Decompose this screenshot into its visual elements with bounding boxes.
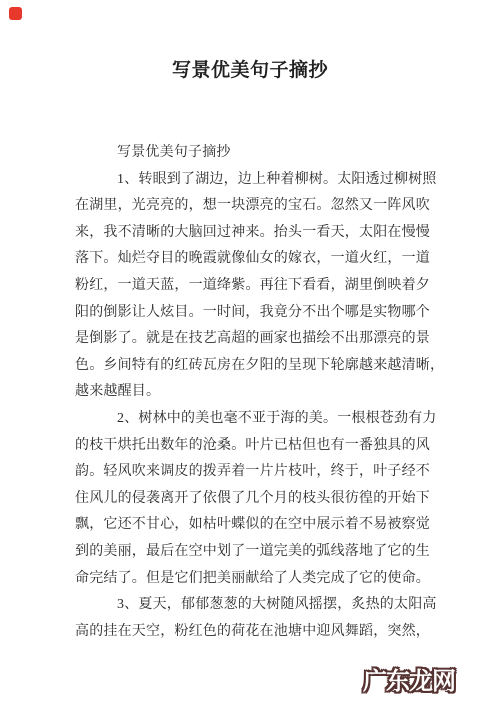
body-line: 韵。轻风吹来调皮的拨弄着一片片枝叶，终于，叶子经不 <box>75 459 435 486</box>
body-line: 的枝干烘托出数年的沧桑。叶片已枯但也有一番独具的风 <box>75 433 435 460</box>
body-line: 是倒影了。就是在技艺高超的画家也描绘不出那漂亮的景 <box>75 326 435 353</box>
body-line: 到的美丽，最后在空中划了一道完美的弧线落地了它的生 <box>75 539 435 566</box>
body-line: 飘，它还不甘心，如枯叶蝶似的在空中展示着不易被察觉 <box>75 512 435 539</box>
page-title: 写景优美句子摘抄 <box>0 57 500 84</box>
body-line: 2、树林中的美也毫不亚于海的美。一根根苍劲有力 <box>75 406 435 433</box>
body-line: 来，我不清晰的大脑回过神来。抬头一看天，太阳在慢慢 <box>75 220 435 247</box>
body-line: 在湖里，光亮亮的，想一块漂亮的宝石。忽然又一阵风吹 <box>75 193 435 220</box>
body-line: 阳的倒影让人炫目。一时间，我竟分不出个哪是实物哪个 <box>75 300 435 327</box>
watermark-logo: 广东龙网 <box>363 661 455 696</box>
body-line: 色。乡间特有的红砖瓦房在夕阳的呈现下轮廓越来越清晰， <box>75 353 435 380</box>
body-line: 住风儿的侵袭离开了依偎了几个月的枝头很彷徨的开始下 <box>75 486 435 513</box>
body-line: 写景优美句子摘抄 <box>75 140 435 167</box>
document-page: 写景优美句子摘抄 写景优美句子摘抄 1、转眼到了湖边，边上种着柳树。太阳透过柳树… <box>0 0 500 707</box>
body-line: 命完结了。但是它们把美丽献给了人类完成了它的使命。 <box>75 566 435 593</box>
body-line: 粉红，一道天蓝，一道绛紫。再往下看看，湖里倒映着夕 <box>75 273 435 300</box>
body-line: 落下。灿烂夺目的晚霞就像仙女的嫁衣，一道火红，一道 <box>75 246 435 273</box>
body-line: 越来越醒目。 <box>75 379 435 406</box>
red-indicator-dot <box>9 7 22 20</box>
body-line: 3、夏天，郁郁葱葱的大树随风摇摆，炙热的太阳高 <box>75 592 435 619</box>
body-line: 1、转眼到了湖边，边上种着柳树。太阳透过柳树照 <box>75 167 435 194</box>
document-body: 写景优美句子摘抄 1、转眼到了湖边，边上种着柳树。太阳透过柳树照 在湖里，光亮亮… <box>75 140 435 645</box>
body-line: 高的挂在天空，粉红色的荷花在池塘中迎风舞蹈，突然， <box>75 619 435 646</box>
